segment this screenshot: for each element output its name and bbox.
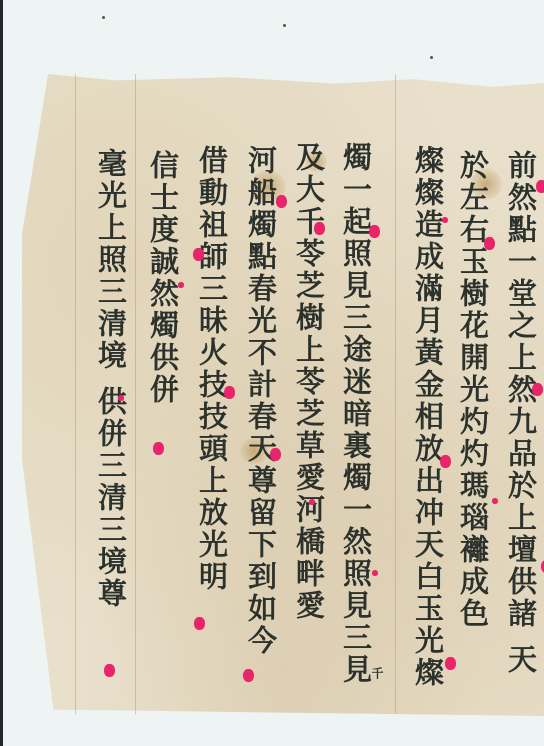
red-punctuation-dot xyxy=(118,395,124,401)
manuscript-column-3: 燦燦造成滿月黃金相放出冲天白玉光燦 xyxy=(413,145,442,689)
column-text: 及大千苓芝樹上苓芝草愛河橋畔愛 xyxy=(292,142,326,622)
dust-speck xyxy=(430,56,433,59)
red-punctuation-dot xyxy=(492,498,498,504)
red-punctuation-dot xyxy=(276,195,287,208)
red-punctuation-dot xyxy=(445,657,456,670)
red-punctuation-dot xyxy=(440,455,451,468)
red-punctuation-dot xyxy=(224,386,235,399)
column-text: 河船燭點春光不計春天尊留下到如今 xyxy=(244,145,278,657)
red-punctuation-dot xyxy=(153,442,164,455)
paper-fold-line xyxy=(75,74,76,714)
column-text: 於左右玉樹花開光灼灼瑪瑙䙰成色 xyxy=(456,150,490,630)
paper-fold-line xyxy=(395,74,396,714)
red-punctuation-dot xyxy=(484,237,495,250)
red-punctuation-dot xyxy=(536,180,544,193)
scan-border xyxy=(0,0,3,746)
red-punctuation-dot xyxy=(369,225,380,238)
column-tail-text: 供併三清三境尊 xyxy=(94,386,128,610)
dust-speck xyxy=(283,24,286,27)
red-punctuation-dot xyxy=(194,617,205,630)
column-text: 信士度誠然燭供併 xyxy=(146,150,180,406)
column-text: 燭一起照見三途迷暗裏燭一然照見三見 xyxy=(339,142,373,686)
manuscript-column-5: 及大千苓芝樹上苓芝草愛河橋畔愛 xyxy=(294,142,323,622)
manuscript-column-7: 借動祖師三昧火技技頭上放光明 xyxy=(197,145,226,593)
dust-speck xyxy=(102,16,105,19)
red-punctuation-dot xyxy=(314,222,325,235)
paper-fold-line xyxy=(135,74,136,714)
manuscript-column-1: 前然點一堂之上然九品於上壇供諸天 xyxy=(506,150,535,676)
manuscript-column-6: 河船燭點春光不計春天尊留下到如今 xyxy=(246,145,275,657)
manuscript-column-8: 信士度誠然燭供併 xyxy=(148,150,177,406)
red-punctuation-dot xyxy=(309,499,315,505)
margin-note: 千 xyxy=(371,667,383,682)
red-punctuation-dot xyxy=(442,217,448,223)
manuscript-column-9: 毫光上照三清境供併三清三境尊 xyxy=(96,148,125,610)
column-text: 毫光上照三清境 xyxy=(94,148,128,372)
column-tail-text: 天 xyxy=(504,644,538,676)
column-text: 借動祖師三昧火技技頭上放光明 xyxy=(195,145,229,593)
column-text: 燦燦造成滿月黃金相放出冲天白玉光燦 xyxy=(411,145,445,689)
red-punctuation-dot xyxy=(532,383,543,396)
red-punctuation-dot xyxy=(243,669,254,682)
red-punctuation-dot xyxy=(193,248,204,261)
red-punctuation-dot xyxy=(178,282,184,288)
red-punctuation-dot xyxy=(372,570,378,576)
red-punctuation-dot xyxy=(270,448,281,461)
red-punctuation-dot xyxy=(104,664,115,677)
manuscript-column-4: 燭一起照見三途迷暗裏燭一然照見三見 xyxy=(341,142,370,686)
manuscript-column-2: 於左右玉樹花開光灼灼瑪瑙䙰成色 xyxy=(458,150,487,630)
